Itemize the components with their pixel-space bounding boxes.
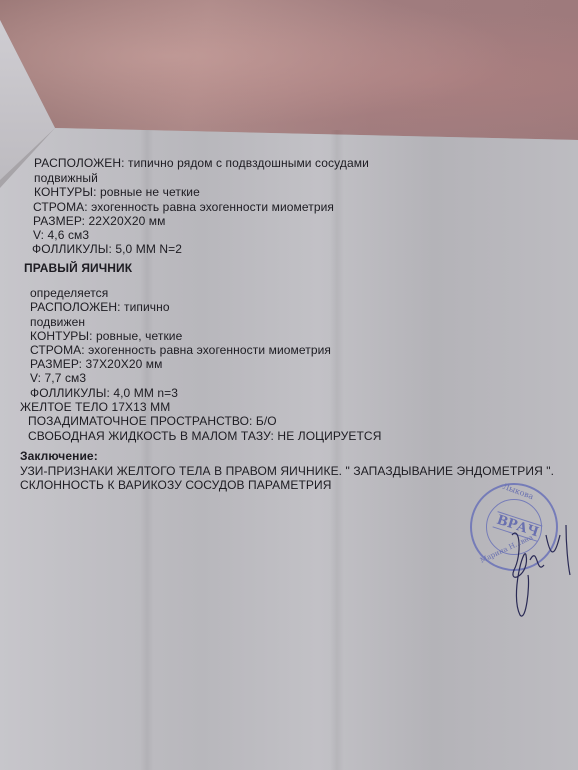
paper-fold (330, 130, 344, 770)
volume-text: V: 4,6 см3 (33, 228, 89, 242)
signature-icon (500, 515, 578, 625)
section-heading: ПРАВЫЙ ЯИЧНИК (24, 261, 132, 275)
conclusion-heading: Заключение: (20, 449, 98, 463)
size-text: РАЗМЕР: 22X20X20 мм (33, 214, 166, 228)
size-text: РАЗМЕР: 37X20X20 мм (30, 357, 163, 371)
stroma-text: СТРОМА: эхогенность равна эхогенности ми… (30, 343, 331, 357)
location-text: РАСПОЛОЖЕН: типично рядом с подвздошными… (34, 156, 369, 170)
stroma-text: СТРОМА: эхогенность равна эхогенности ми… (33, 200, 334, 214)
conclusion-line: УЗИ-ПРИЗНАКИ ЖЕЛТОГО ТЕЛА В ПРАВОМ ЯИЧНИ… (20, 464, 554, 478)
free-fluid-text: СВОБОДНАЯ ЖИДКОСТЬ В МАЛОМ ТАЗУ: НЕ ЛОЦИ… (28, 429, 381, 443)
retrouterine-space-text: ПОЗАДИМАТОЧНОЕ ПРОСТРАНСТВО: Б/О (28, 414, 277, 428)
mobility-text: подвижный (34, 171, 98, 185)
detected-text: определяется (30, 286, 108, 300)
follicles-text: ФОЛЛИКУЛЫ: 4,0 ММ n=3 (30, 386, 178, 400)
mobility-text: подвижен (30, 315, 85, 329)
contours-text: КОНТУРЫ: ровные не четкие (34, 185, 200, 199)
corpus-luteum-text: ЖЕЛТОЕ ТЕЛО 17X13 ММ (20, 400, 170, 414)
tablecloth-background (0, 0, 578, 140)
conclusion-line: СКЛОННОСТЬ К ВАРИКОЗУ СОСУДОВ ПАРАМЕТРИЯ (20, 478, 332, 492)
location-text: РАСПОЛОЖЕН: типично (30, 300, 170, 314)
volume-text: V: 7,7 см3 (30, 371, 86, 385)
contours-text: КОНТУРЫ: ровные, четкие (30, 329, 182, 343)
follicles-text: ФОЛЛИКУЛЫ: 5,0 ММ N=2 (32, 242, 182, 256)
